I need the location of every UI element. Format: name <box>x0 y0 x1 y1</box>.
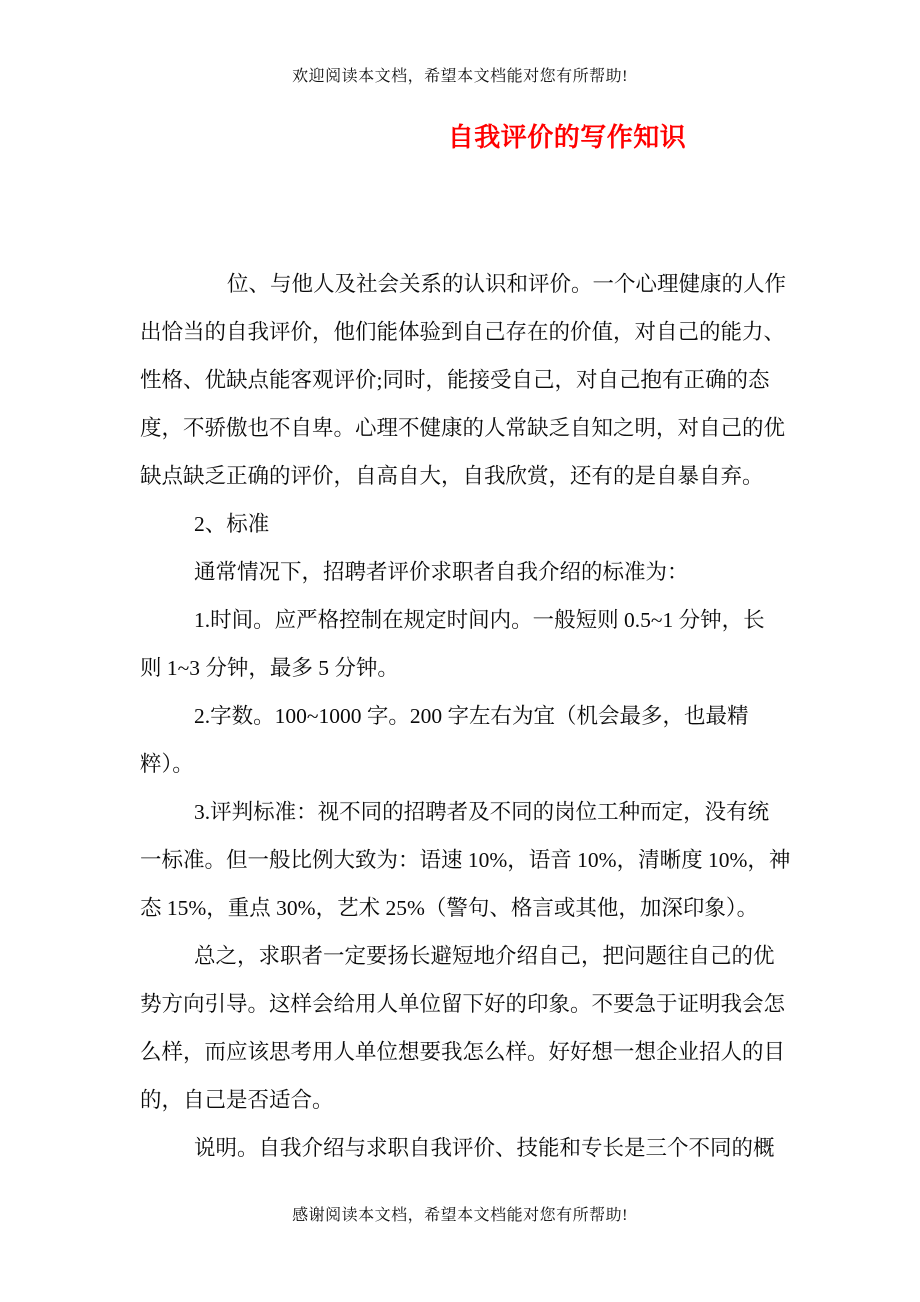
text-line: 粹）。 <box>140 740 788 788</box>
header-note: 欢迎阅读本文档，希望本文档能对您有所帮助! <box>0 63 920 86</box>
text-line: 的，自己是否适合。 <box>140 1076 788 1124</box>
text-line: 则 1~3 分钟，最多 5 分钟。 <box>140 644 788 692</box>
text-line: 度，不骄傲也不自卑。心理不健康的人常缺乏自知之明，对自己的优 <box>140 404 788 452</box>
text-line: 通常情况下，招聘者评价求职者自我介绍的标准为： <box>140 548 788 596</box>
document-page: 欢迎阅读本文档，希望本文档能对您有所帮助! 自我评价的写作知识 位、与他人及社会… <box>0 0 920 1302</box>
text-line: 势方向引导。这样会给用人单位留下好的印象。不要急于证明我会怎 <box>140 980 788 1028</box>
text-line: 2.字数。100~1000 字。200 字左右为宜（机会最多，也最精 <box>140 692 788 740</box>
document-body: 位、与他人及社会关系的认识和评价。一个心理健康的人作出恰当的自我评价，他们能体验… <box>140 260 788 1172</box>
text-line: 态 15%，重点 30%，艺术 25%（警句、格言或其他，加深印象）。 <box>140 884 788 932</box>
footer-note: 感谢阅读本文档，希望本文档能对您有所帮助! <box>0 1202 920 1225</box>
text-line: 2、标准 <box>140 500 788 548</box>
page-title: 自我评价的写作知识 <box>0 117 920 154</box>
text-line: 位、与他人及社会关系的认识和评价。一个心理健康的人作 <box>140 260 788 308</box>
text-line: 说明。自我介绍与求职自我评价、技能和专长是三个不同的概 <box>140 1124 788 1172</box>
text-line: 性格、优缺点能客观评价;同时，能接受自己，对自己抱有正确的态 <box>140 356 788 404</box>
text-line: 出恰当的自我评价，他们能体验到自己存在的价值，对自己的能力、 <box>140 308 788 356</box>
text-line: 缺点缺乏正确的评价，自高自大，自我欣赏，还有的是自暴自弃。 <box>140 452 788 500</box>
text-line: 总之，求职者一定要扬长避短地介绍自己，把问题往自己的优 <box>140 932 788 980</box>
text-line: 么样，而应该思考用人单位想要我怎么样。好好想一想企业招人的目 <box>140 1028 788 1076</box>
text-line: 1.时间。应严格控制在规定时间内。一般短则 0.5~1 分钟，长 <box>140 596 788 644</box>
text-line: 一标准。但一般比例大致为：语速 10%，语音 10%，清晰度 10%，神 <box>140 836 788 884</box>
text-line: 3.评判标准：视不同的招聘者及不同的岗位工种而定，没有统 <box>140 788 788 836</box>
